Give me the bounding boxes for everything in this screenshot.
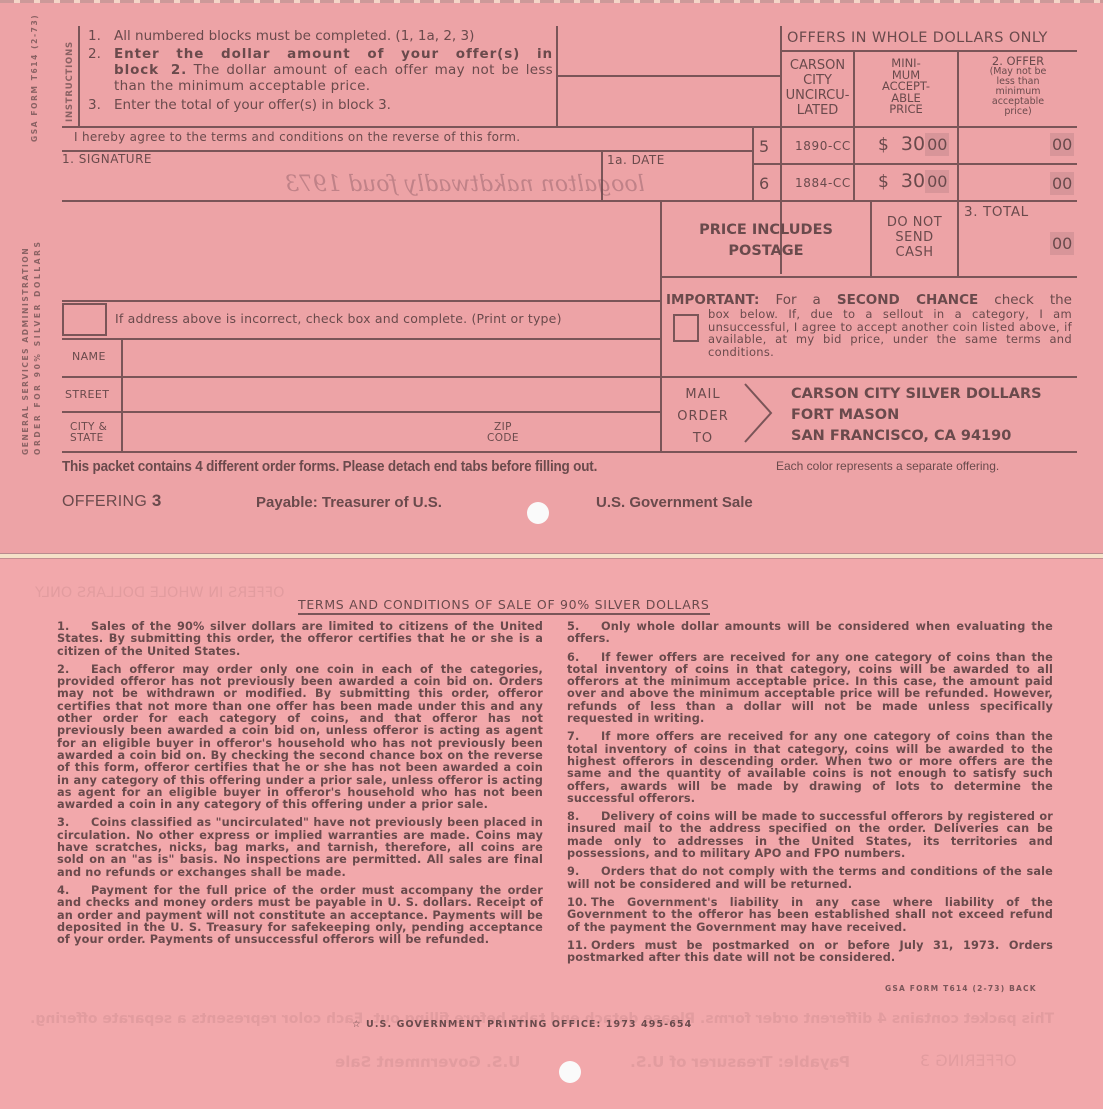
terms-column-right: 5.Only whole dollar amounts will be cons… (567, 621, 1053, 970)
gsa-side-label-2: ORDER FOR 90% SILVER DOLLARS (33, 239, 42, 455)
terms-title: TERMS AND CONDITIONS OF SALE OF 90% SILV… (298, 597, 710, 615)
second-chance-text: box below. If, due to a sellout in a cat… (708, 308, 1072, 358)
name-field[interactable] (124, 340, 658, 375)
term-2: 2.Each offeror may order only one coin i… (57, 664, 543, 812)
terms-column-left: 1.Sales of the 90% silver dollars are li… (57, 621, 543, 952)
term-11: 11.Orders must be postmarked on or befor… (567, 940, 1053, 965)
ghost-offering: OFFERING 3 (920, 1051, 1017, 1070)
total-input[interactable] (962, 224, 1046, 272)
term-10: 10.The Government's liability in any cas… (567, 897, 1053, 934)
offers-header: OFFERS IN WHOLE DOLLARS ONLY (787, 30, 1048, 46)
instructions-list: 1. All numbered blocks must be completed… (88, 28, 553, 113)
offer-input-1890-cc[interactable] (962, 130, 1046, 161)
printing-office-credit: ☆ U.S. GOVERNMENT PRINTING OFFICE: 1973 … (352, 1019, 692, 1030)
term-1: 1.Sales of the 90% silver dollars are li… (57, 621, 543, 658)
price-includes-postage: PRICE INCLUDESPOSTAGE (662, 220, 870, 262)
term-4: 4.Payment for the full price of the orde… (57, 885, 543, 946)
term-7: 7.If more offers are received for any on… (567, 731, 1053, 805)
instructions-label: INSTRUCTIONS (65, 41, 75, 122)
gsa-side-label-1: GENERAL SERVICES ADMINISTRATION (21, 247, 30, 455)
punch-hole (527, 502, 549, 524)
ghost-offers-header: OFFERS IN WHOLE DOLLARS ONLY (35, 585, 285, 601)
packet-note: This packet contains 4 different order f… (62, 456, 637, 475)
second-chance-checkbox[interactable] (673, 314, 699, 342)
city-state-field[interactable] (124, 413, 479, 450)
form-id-back: GSA FORM T614 (2-73) BACK (885, 984, 1037, 993)
offer-input-1884-cc[interactable] (962, 167, 1046, 198)
important-heading: IMPORTANT: For a SECOND CHANCE check the (666, 292, 1072, 308)
term-6: 6.If fewer offers are received for any o… (567, 652, 1053, 726)
total-label: 3. TOTAL (964, 204, 1029, 220)
zip-code-field[interactable] (528, 413, 658, 450)
arrow-right-icon (743, 382, 773, 444)
street-label: STREET (65, 388, 109, 401)
name-label: NAME (72, 350, 106, 363)
payable-to: Payable: Treasurer of U.S. (256, 494, 442, 511)
address-incorrect-checkbox[interactable] (62, 303, 107, 336)
form-id-side-label: GSA FORM T614 (2-73) (30, 14, 39, 142)
do-not-send-cash: DO NOTSENDCASH (872, 215, 957, 260)
ghost-sale: U.S. Government Sale (335, 1053, 520, 1071)
address-incorrect-label: If address above is incorrect, check box… (115, 311, 562, 326)
perforation-top (0, 0, 1103, 3)
term-3: 3.Coins classified as "uncirculated" hav… (57, 817, 543, 878)
zip-code-label: ZIPCODE (487, 422, 519, 444)
col-header-min-price: MINI-MUMACCEPT-ABLEPRICE (855, 58, 957, 116)
street-field[interactable] (124, 378, 658, 411)
offering-label: OFFERING 3 (62, 491, 162, 511)
col-header-coin: CARSONCITYUNCIRCU-LATED (782, 58, 853, 118)
instruction-2: 2. Enter the dollar amount of your offer… (88, 46, 553, 94)
agreement-text: I hereby agree to the terms and conditio… (74, 130, 520, 144)
term-8: 8.Delivery of coins will be made to succ… (567, 811, 1053, 860)
min-price: $ 3000 (878, 170, 949, 193)
city-state-label: CITY &STATE (70, 422, 107, 444)
mailing-address: CARSON CITY SILVER DOLLARSFORT MASONSAN … (791, 384, 1042, 447)
col-header-offer: 2. OFFER(May not beless thanminimumaccep… (959, 55, 1077, 117)
term-9: 9.Orders that do not comply with the ter… (567, 866, 1053, 891)
government-sale-label: U.S. Government Sale (596, 494, 753, 511)
instruction-3: 3. Enter the total of your offer(s) in b… (88, 97, 553, 113)
date-label: 1a. DATE (607, 153, 665, 167)
term-5: 5.Only whole dollar amounts will be cons… (567, 621, 1053, 646)
ghost-payable: Payable: Treasurer of U.S. (630, 1053, 850, 1071)
mail-order-to-label: MAILORDERTO (672, 384, 734, 450)
order-form-front: GSA FORM T614 (2-73) GENERAL SERVICES AD… (0, 0, 1103, 553)
packet-color-note: Each color represents a separate offerin… (776, 459, 999, 473)
punch-hole (559, 1061, 581, 1083)
handwriting-bleed-through: loogalton nakdtwadly foud 1973 (285, 172, 645, 197)
instruction-1: 1. All numbered blocks must be completed… (88, 28, 553, 44)
min-price: $ 3000 (878, 133, 949, 156)
